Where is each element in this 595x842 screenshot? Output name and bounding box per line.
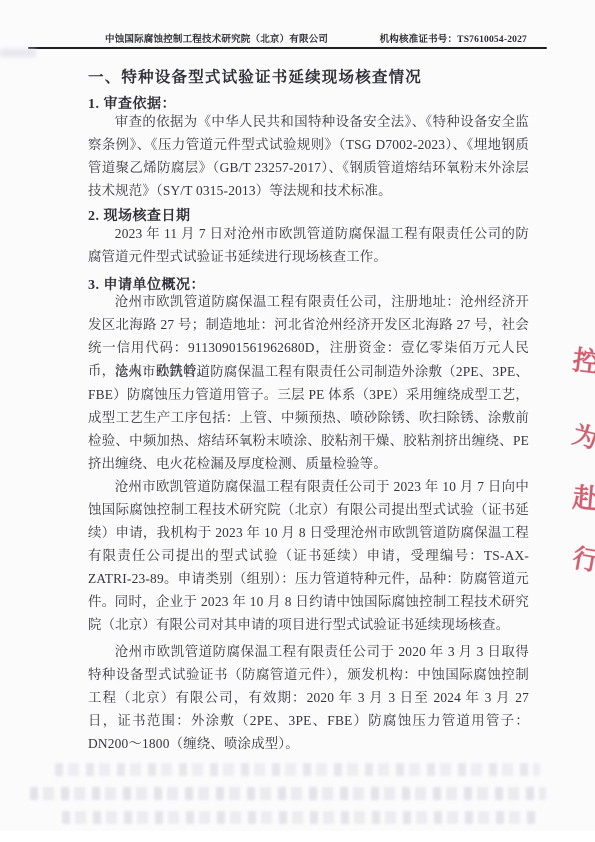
section-3-paragraph-2: 沧州市欧凯管道防腐保温工程有限责任公司制造外涂敷（2PE、3PE、FBE）防腐蚀… [88, 360, 529, 475]
document-page: 中蚀国际腐蚀控制工程技术研究院（北京）有限公司 机构核准证书号：TS761005… [0, 0, 595, 842]
red-stamp-fragment-4: 行 [570, 538, 595, 580]
document-title: 一、特种设备型式试验证书延续现场核查情况 [88, 65, 538, 87]
section-3-paragraph-5: 沧州市欧凯管道防腐保温工程有限责任公司于 2020 年 3 月 3 日取得特种设… [88, 640, 529, 755]
scan-edge-bottom [0, 831, 595, 842]
section-3-paragraph-4: 同时，企业于 2023 年 10 月 8 日约请中蚀国际腐蚀控制工程技术研究院（… [88, 590, 529, 636]
red-stamp-fragment-3: 赴 [571, 476, 595, 517]
header-cert-number: 机构核准证书号：TS7610054-2027 [380, 31, 527, 45]
red-stamp-fragment-2: 为 [569, 415, 595, 457]
red-stamp-fragment-1: 控 [571, 338, 595, 380]
showthrough-line-3 [62, 811, 540, 824]
page-header: 中蚀国际腐蚀控制工程技术研究院（北京）有限公司 机构核准证书号：TS761005… [105, 31, 527, 45]
section-1-paragraph: 审查的依据为《中华人民共和国特种设备安全法》、《特种设备安全监察条例》、《压力管… [88, 110, 529, 202]
scan-artifact-left [0, 49, 36, 57]
showthrough-line-1 [55, 763, 540, 776]
showthrough-line-2 [30, 787, 546, 800]
header-rule [28, 47, 547, 49]
header-org-name: 中蚀国际腐蚀控制工程技术研究院（北京）有限公司 [105, 31, 328, 45]
section-2-paragraph: 2023 年 11 月 7 日对沧州市欧凯管道防腐保温工程有限责任公司的防腐管道… [88, 222, 529, 268]
